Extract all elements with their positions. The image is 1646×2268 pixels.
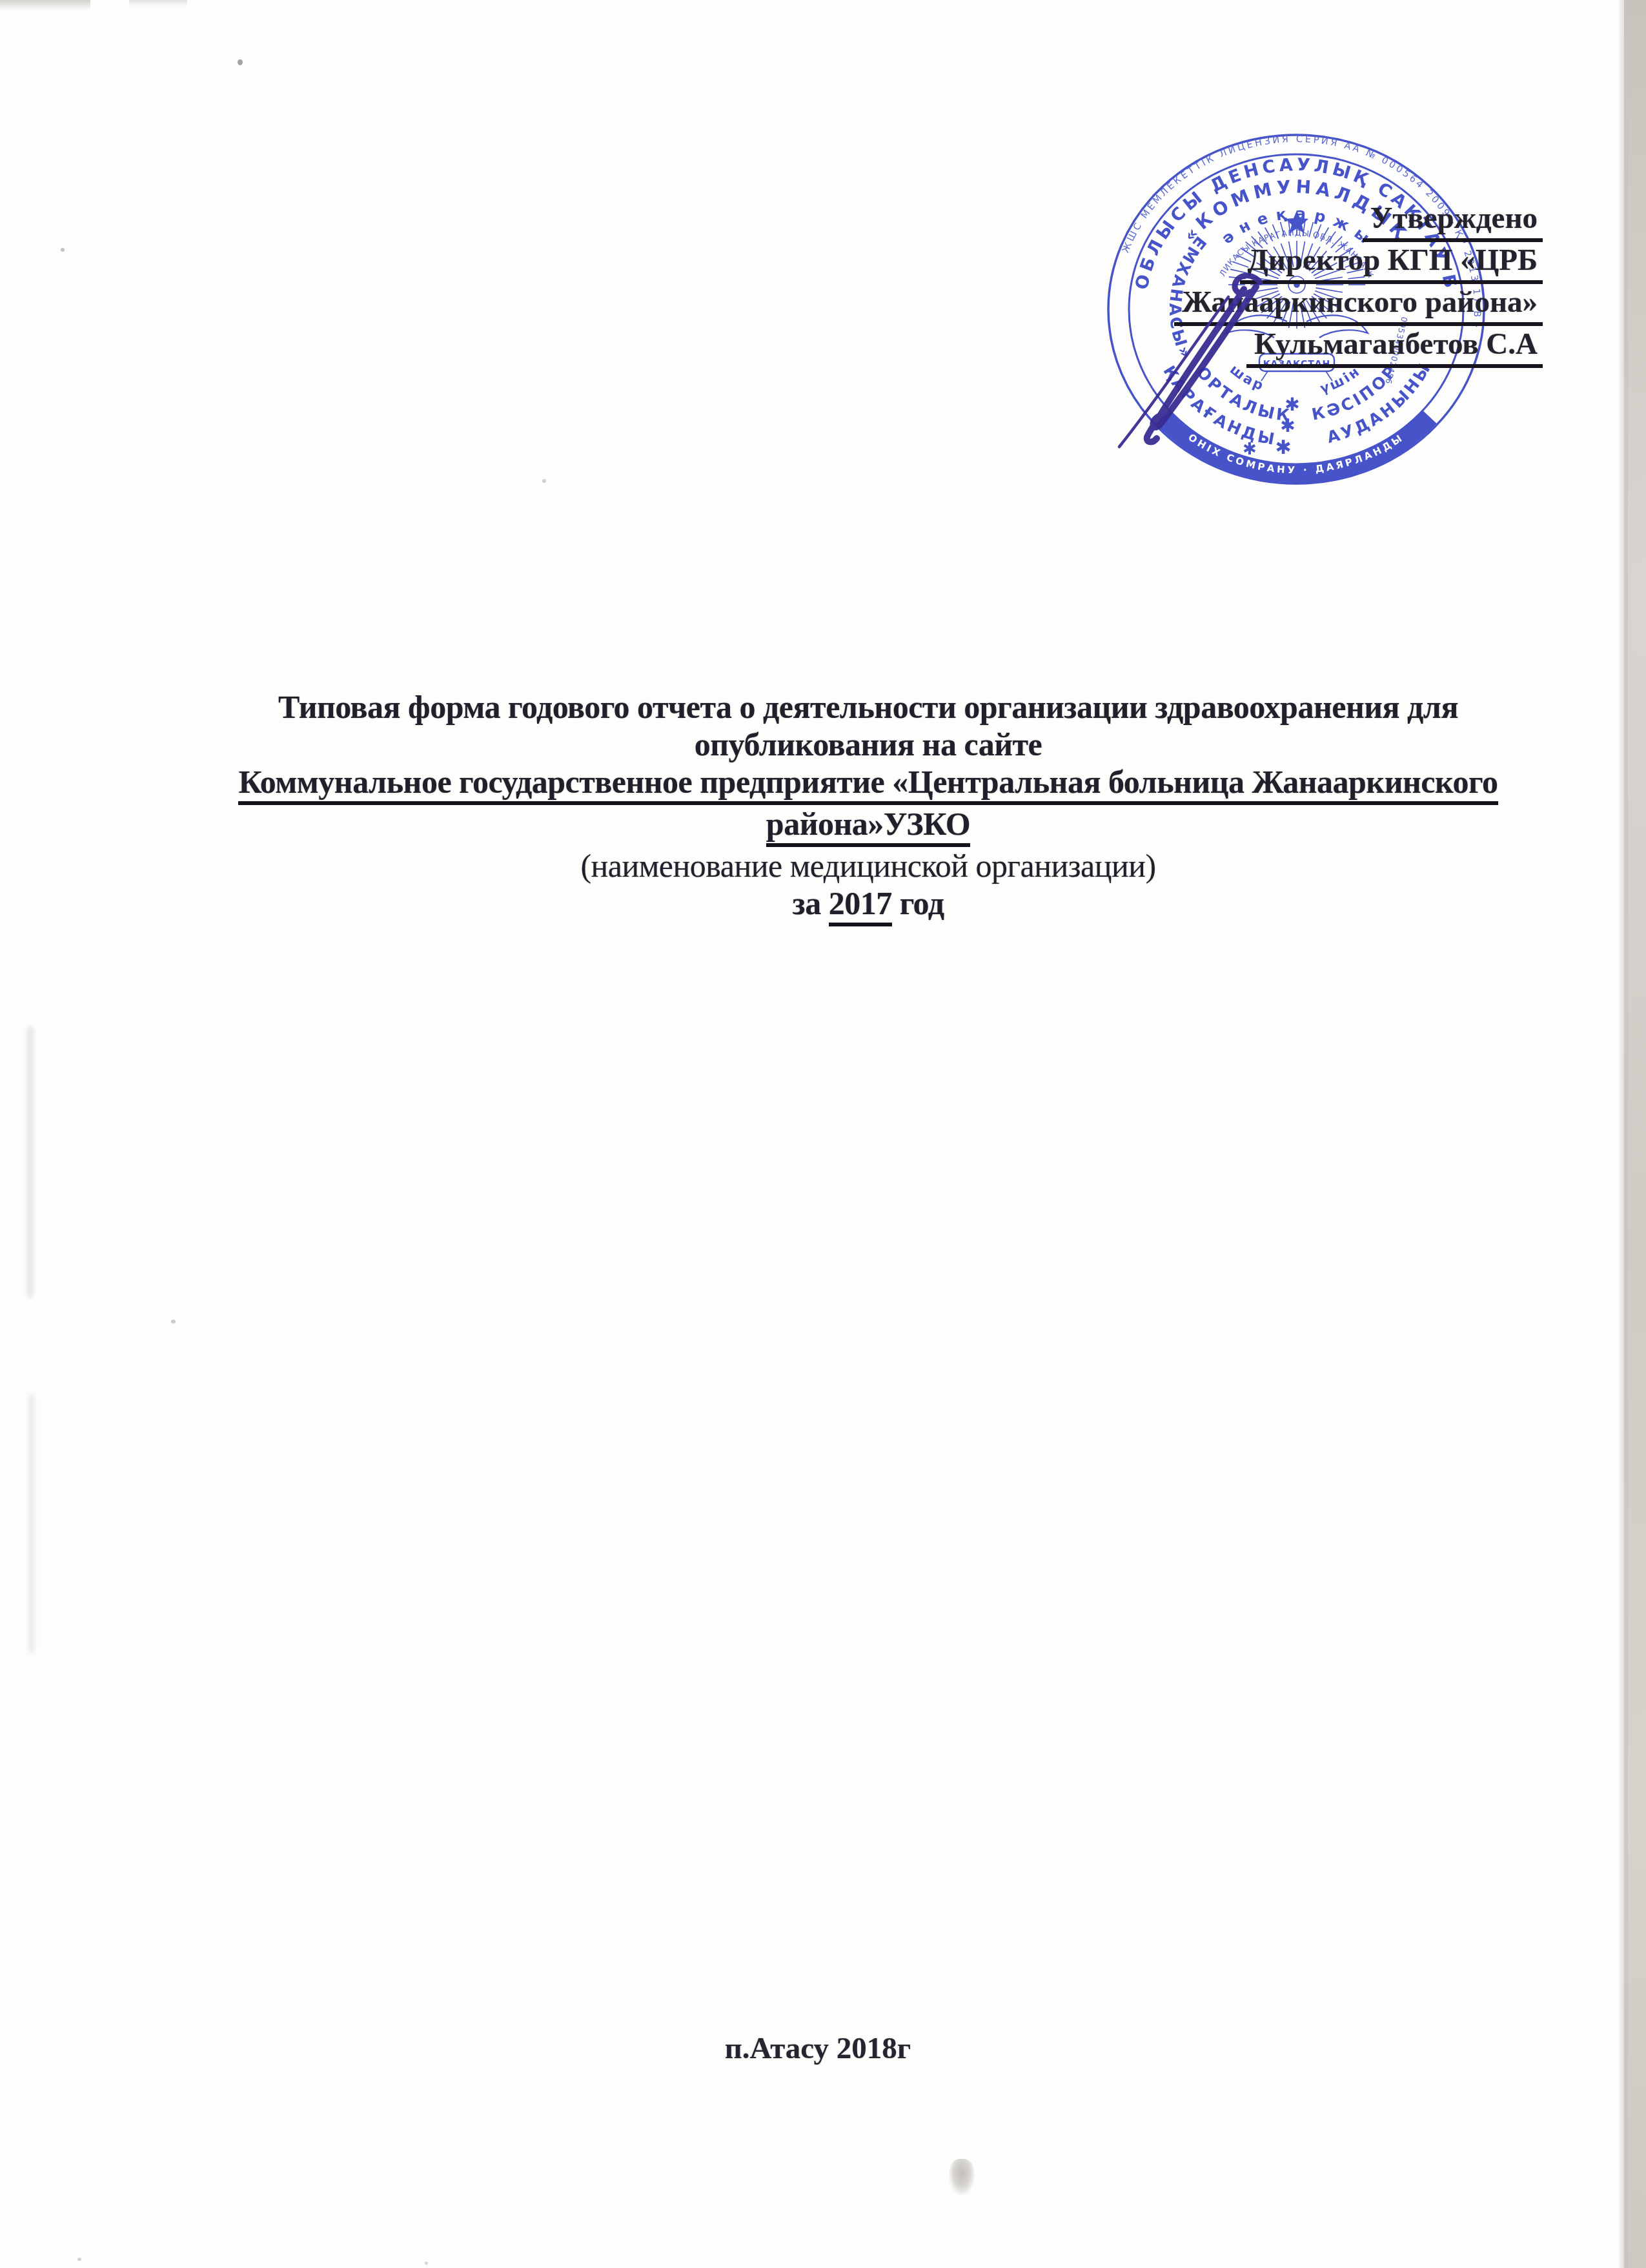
scan-speck <box>171 1320 176 1323</box>
scanned-document-page: ОНІХ СОМРАНУ · ДАЯРЛАНДЫ ЖШС МЕМЛЕКЕТТІК… <box>0 0 1646 2268</box>
scan-speck <box>542 479 546 483</box>
footer-place-year: п.Атасу 2018г <box>0 2031 1636 2066</box>
scan-speck <box>61 248 65 252</box>
year-prefix: за <box>793 885 829 921</box>
scan-speck <box>238 59 243 65</box>
scan-speck <box>425 2262 428 2265</box>
report-title-line1: Типовая форма годового отчета о деятельн… <box>90 688 1646 726</box>
report-year-line: за 2017 год <box>90 884 1646 926</box>
scan-smudge <box>949 2159 975 2195</box>
year-suffix: год <box>892 885 944 921</box>
organization-name-line1: Коммунальное государственное предприятие… <box>90 763 1646 805</box>
org-name-caption: (наименование медицинской организации) <box>90 847 1646 884</box>
scan-streak <box>27 1027 34 1298</box>
signature-ink <box>1065 245 1310 491</box>
report-title-block: Типовая форма годового отчета о деятельн… <box>90 688 1646 926</box>
approval-line: Утверждено <box>1174 200 1543 242</box>
report-year: 2017 <box>829 884 892 926</box>
scan-smudge <box>0 0 90 10</box>
organization-name-line2: района»УЗКО <box>90 805 1646 847</box>
scanner-edge-shadow-fade <box>1618 0 1628 2268</box>
scan-speck <box>77 2258 81 2261</box>
approved-label: Утверждено <box>1363 200 1543 242</box>
scan-streak <box>28 1395 34 1653</box>
scan-smudge <box>129 0 187 6</box>
report-title-line2: опубликования на сайте <box>90 726 1646 763</box>
